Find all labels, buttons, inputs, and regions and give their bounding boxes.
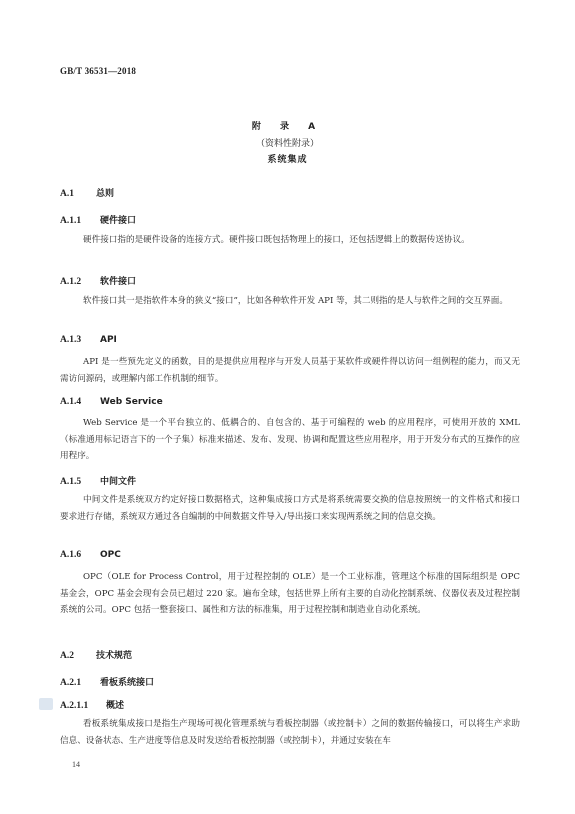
section-heading-a1-2: A.1.2软件接口 (60, 274, 136, 287)
section-title: Web Service (100, 397, 163, 407)
paragraph-kanban-overview: 看板系统集成接口是指生产现场可视化管理系统与看板控制器（或控制卡）之间的数据传输… (60, 716, 520, 749)
section-heading-a1-5: A.1.5中间文件 (60, 474, 136, 487)
section-heading-a2: A.2技术规范 (60, 648, 132, 661)
section-title: 概述 (106, 701, 124, 711)
appendix-name: 系统集成 (0, 152, 575, 165)
section-title: API (100, 335, 117, 345)
section-title: 硬件接口 (100, 216, 136, 226)
section-number: A.1 (60, 189, 88, 199)
standard-code: GB/T 36531—2018 (60, 66, 136, 76)
section-heading-a1-4: A.1.4Web Service (60, 397, 163, 407)
section-number: A.1.6 (60, 550, 92, 560)
section-heading-a1: A.1总则 (60, 186, 114, 199)
section-heading-a2-1-1: A.2.1.1概述 (60, 698, 124, 711)
appendix-title: 附 录 A (0, 119, 575, 132)
section-title: OPC (100, 550, 121, 560)
section-title: 技术规范 (96, 651, 132, 661)
document-page: GB/T 36531—2018 附 录 A （资料性附录） 系统集成 A.1总则… (0, 0, 575, 814)
paragraph-software-interface: 软件接口其一是指软件本身的狭义“接口”，比如各种软件开发 API 等，其二则指的… (60, 293, 520, 310)
section-number: A.1.5 (60, 477, 92, 487)
paragraph-opc: OPC（OLE for Process Control，用于过程控制的 OLE）… (60, 569, 520, 619)
section-heading-a2-1: A.2.1看板系统接口 (60, 675, 154, 688)
paragraph-web-service: Web Service 是一个平台独立的、低耦合的、自包含的、基于可编程的 we… (60, 415, 520, 465)
paragraph-intermediate-file: 中间文件是系统双方约定好接口数据格式，这种集成接口方式是将系统需要交换的信息按照… (60, 492, 520, 525)
section-number: A.1.4 (60, 397, 92, 407)
section-number: A.2.1.1 (60, 701, 98, 711)
section-heading-a1-1: A.1.1硬件接口 (60, 213, 136, 226)
section-heading-a1-6: A.1.6OPC (60, 550, 121, 560)
watermark-icon (39, 698, 53, 710)
paragraph-hardware-interface: 硬件接口指的是硬件设备的连接方式。硬件接口既包括物理上的接口，还包括逻辑上的数据… (60, 232, 520, 249)
section-title: 看板系统接口 (100, 678, 154, 688)
section-number: A.1.3 (60, 335, 92, 345)
section-number: A.1.1 (60, 216, 92, 226)
section-title: 总则 (96, 189, 114, 199)
section-heading-a1-3: A.1.3API (60, 335, 117, 345)
section-title: 中间文件 (100, 477, 136, 487)
section-number: A.2.1 (60, 678, 92, 688)
section-number: A.1.2 (60, 277, 92, 287)
paragraph-api: API 是一些预先定义的函数，目的是提供应用程序与开发人员基于某软件或硬件得以访… (60, 354, 520, 387)
appendix-subtitle: （资料性附录） (0, 136, 575, 149)
page-number: 14 (72, 760, 80, 769)
section-number: A.2 (60, 651, 88, 661)
section-title: 软件接口 (100, 277, 136, 287)
